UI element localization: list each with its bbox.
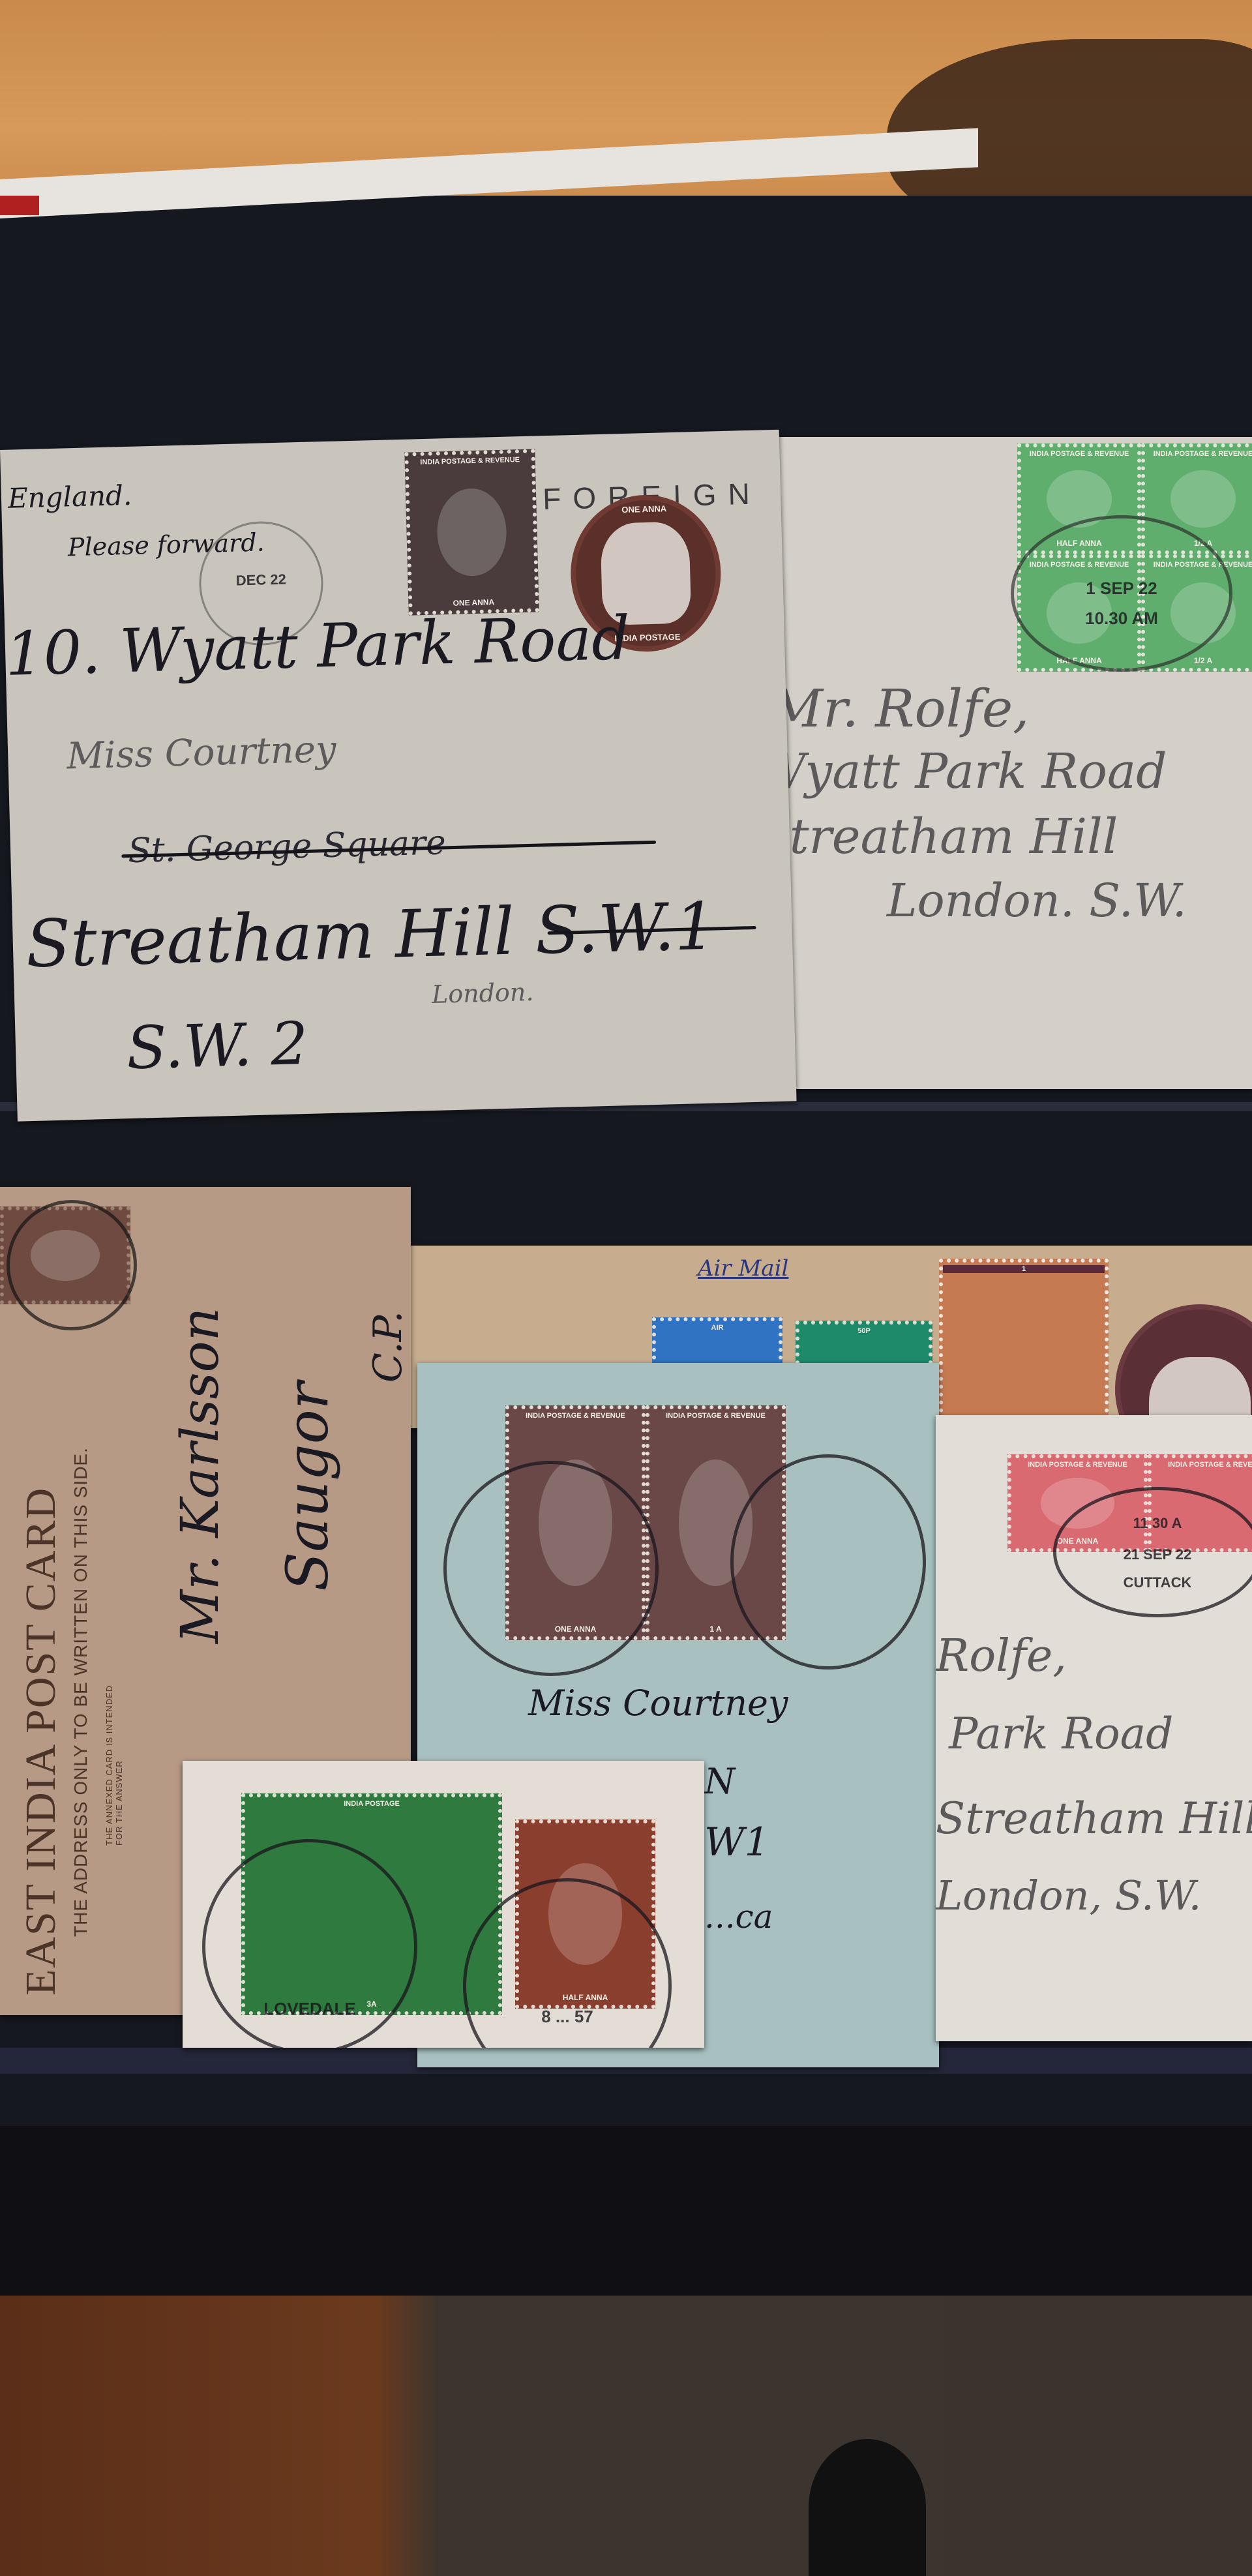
postmark-time: 11 30 A xyxy=(1056,1515,1252,1532)
embossed-lion-capital xyxy=(1115,1304,1252,1428)
address-line: London. S.W. xyxy=(887,874,1187,927)
postmark-lovedale: LOVEDALE xyxy=(202,1839,417,2048)
postmark xyxy=(443,1461,659,1676)
stamp-label: INDIA POSTAGE & REVENUE xyxy=(1152,1461,1252,1469)
stamp-one-anna: INDIA POSTAGE & REVENUEONE ANNA xyxy=(404,449,539,616)
postmark-date: 1 SEP 22 xyxy=(1014,578,1229,599)
cover-right-bottom[interactable]: INDIA POSTAGE & REVENUEONE ANNA INDIA PO… xyxy=(936,1415,1252,2041)
address-line: Wyatt Park Road xyxy=(756,743,1167,800)
portrait-icon xyxy=(436,488,507,577)
stamp-label: 1 xyxy=(943,1265,1105,1273)
stamp-label: AIR xyxy=(656,1324,779,1332)
stamp-label: INDIA POSTAGE xyxy=(245,1800,498,1808)
postmark-city: LOVEDALE xyxy=(205,1999,414,2019)
stamp-label: INDIA POSTAGE & REVENUE xyxy=(1021,450,1137,458)
postmark-cuttack: 11 30 A 21 SEP 22 CUTTACK xyxy=(1053,1487,1252,1617)
air-mail-label: Air Mail xyxy=(698,1255,788,1281)
cover-top-right[interactable]: INDIA POSTAGE & REVENUEHALF ANNA INDIA P… xyxy=(756,437,1252,1089)
postmark: 1 SEP 22 10.30 AM xyxy=(1011,515,1232,672)
address-line: Mr. Karlsson xyxy=(170,1308,230,1643)
address-line: London. xyxy=(432,978,534,1009)
stamp-label: INDIA POSTAGE & REVENUE xyxy=(509,1412,642,1420)
postmark-time: 10.30 AM xyxy=(1014,608,1229,629)
address-line: Park Road xyxy=(949,1709,1173,1759)
portrait-icon xyxy=(1170,470,1236,528)
address-line: London, S.W. xyxy=(936,1872,1201,1919)
address-line: 10. Wyatt Park Road xyxy=(5,603,631,689)
post-card-title: EAST INDIA POST CARD xyxy=(16,1487,66,1996)
address-line: Saugor xyxy=(274,1382,341,1591)
dark-object xyxy=(809,2439,926,2576)
stamp-brown-sculpture: 1 xyxy=(939,1259,1109,1428)
stamp-label: INDIA POSTAGE & REVENUE xyxy=(409,456,531,467)
address-line: S.W. 2 xyxy=(126,1010,309,1083)
postmark-city: CUTTACK xyxy=(1056,1574,1252,1591)
stamp-piece-lovedale[interactable]: INDIA POSTAGE3A HALF ANNA LOVEDALE 8 ...… xyxy=(183,1761,704,2048)
address-line: Miss Courtney xyxy=(528,1683,788,1724)
postmark xyxy=(7,1200,137,1330)
address-line: C.P. xyxy=(365,1311,411,1383)
address-line: Streatham Hill S.W.1 xyxy=(25,888,717,983)
post-card-instruction: THE ADDRESS ONLY TO BE WRITTEN ON THIS S… xyxy=(70,1447,91,1937)
postmark-date: DEC 22 xyxy=(201,570,321,590)
address-line: Streatham Hill xyxy=(756,809,1118,865)
address-line: Miss Courtney xyxy=(66,728,336,778)
stamp-label: INDIA POSTAGE & REVENUE xyxy=(1145,450,1252,458)
address-line: Rolfe, xyxy=(936,1630,1067,1682)
address-line: Mr. Rolfe, xyxy=(769,678,1030,739)
address-line: ...ca xyxy=(704,1898,773,1936)
postmark-date: 21 SEP 22 xyxy=(1056,1546,1252,1563)
address-line: England. xyxy=(7,479,132,515)
stamp-label: 50P xyxy=(799,1327,929,1335)
address-line: N xyxy=(704,1761,735,1802)
cover-top-left[interactable]: England. Please forward. DEC 22 INDIA PO… xyxy=(0,430,797,1122)
stamp-label: INDIA POSTAGE & REVENUE xyxy=(1011,1461,1144,1469)
album-red-corner xyxy=(0,196,39,215)
postmark xyxy=(730,1454,926,1670)
stamp-label: INDIA POSTAGE & REVENUE xyxy=(649,1412,782,1420)
postmark-date: 8 ... 57 xyxy=(466,2007,668,2027)
address-line: Streatham Hill, xyxy=(936,1793,1252,1844)
post-card-annexed-note: THE ANNEXED CARD IS INTENDED FOR THE ANS… xyxy=(104,1676,124,1846)
floor xyxy=(0,2296,1252,2576)
address-line: W1 xyxy=(704,1820,769,1865)
